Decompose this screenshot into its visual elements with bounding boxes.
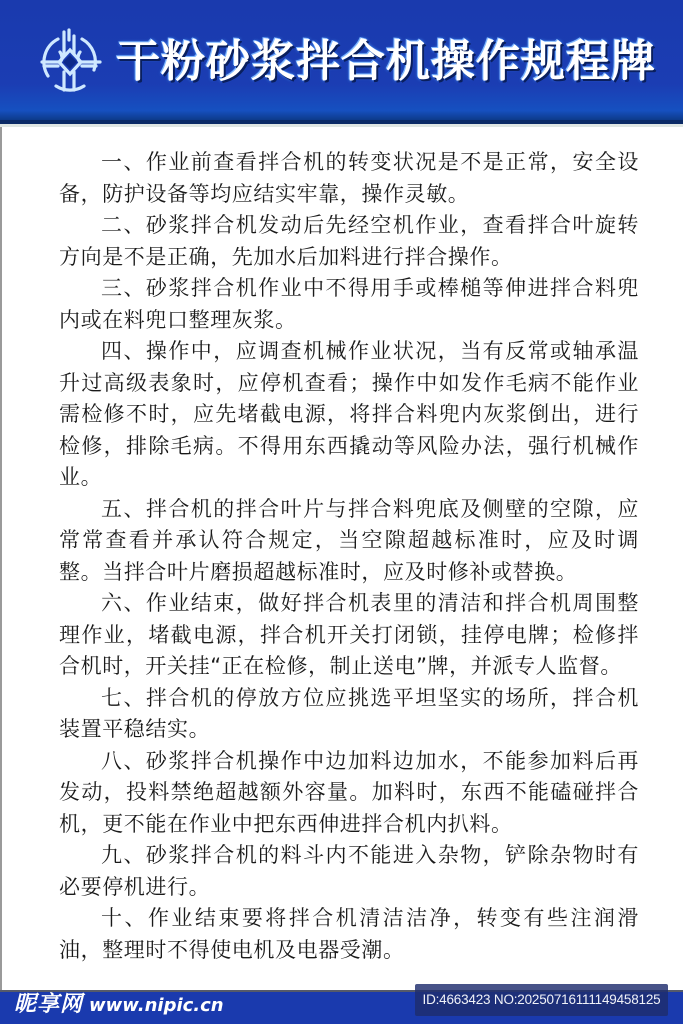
- rule-item-7: 七、拌合机的停放方位应挑选平坦坚实的场所，拌合机装置平稳结实。: [59, 683, 639, 746]
- watermark-site-name: 昵享网: [14, 992, 83, 1017]
- watermark-brand: 昵享网www.nipic.cn: [14, 987, 224, 1018]
- rule-item-4: 四、操作中，应调查机械作业状况，当有反常或轴承温升过高级表象时，应停机查看；操作…: [59, 336, 639, 494]
- rule-item-10: 十、作业结束要将拌合机清洁洁净，转变有些注润滑油，整理时不得使电机及电器受潮。: [59, 903, 639, 966]
- rule-item-8: 八、砂浆拌合机操作中边加料边加水，不能参加料后再发动，投料禁绝超越额外容量。加料…: [59, 746, 639, 841]
- rule-item-9: 九、砂浆拌合机的料斗内不能进入杂物，铲除杂物时有必要停机进行。: [59, 840, 639, 903]
- watermark-id-badge: ID:4663423 NO:20250716111149458125: [415, 984, 668, 1016]
- watermark-url: www.nipic.cn: [89, 995, 224, 1016]
- rules-panel: 一、作业前查看拌合机的转变状况是不是正常，安全设备，防护设备等均应结实牢靠，操作…: [0, 127, 683, 990]
- rule-item-1: 一、作业前查看拌合机的转变状况是不是正常，安全设备，防护设备等均应结实牢靠，操作…: [59, 147, 639, 210]
- rules-list: 一、作业前查看拌合机的转变状况是不是正常，安全设备，防护设备等均应结实牢靠，操作…: [59, 147, 639, 966]
- rule-item-5: 五、拌合机的拌合叶片与拌合料兜底及侧壁的空隙，应常常查看并承认符合规定，当空隙超…: [59, 494, 639, 589]
- page-title: 干粉砂浆拌合机操作规程牌: [116, 30, 656, 94]
- rule-item-2: 二、砂浆拌合机发动后先经空机作业，查看拌合叶旋转方向是不是正确，先加水后加料进行…: [59, 210, 639, 273]
- china-railway-construction-logo-icon: [34, 26, 106, 98]
- sign-header: 干粉砂浆拌合机操作规程牌: [0, 0, 683, 120]
- rule-item-6: 六、作业结束，做好拌合机表里的清洁和拌合机周围整理作业，堵截电源，拌合机开关打闭…: [59, 588, 639, 683]
- rule-item-3: 三、砂浆拌合机作业中不得用手或棒槌等伸进拌合料兜内或在料兜口整理灰浆。: [59, 273, 639, 336]
